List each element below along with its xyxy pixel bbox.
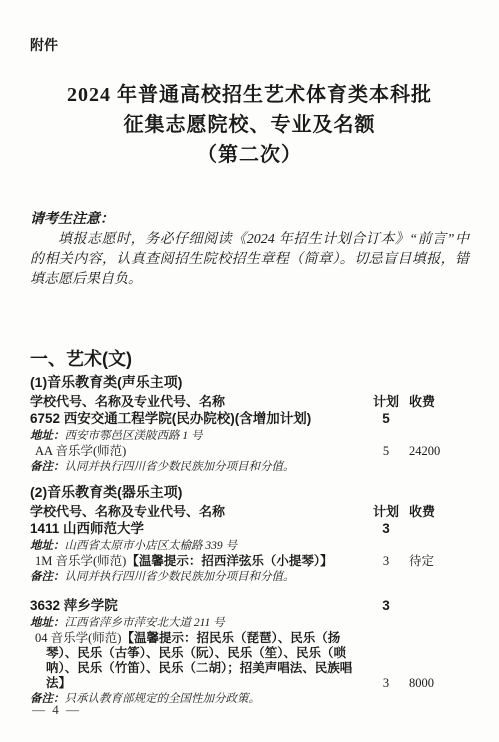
major-fee: 待定: [409, 554, 469, 569]
column-name-header: 学校代号、名称及专业代号、名称: [30, 503, 363, 520]
section-heading: 一、艺术(文): [30, 347, 469, 371]
notice-heading: 请考生注意：: [30, 210, 469, 230]
table-header-row: 学校代号、名称及专业代号、名称 计划 收费: [30, 503, 469, 520]
notice-body: 填报志愿时，务必仔细阅读《2024 年招生计划合订本》“前言”中的相关内容，认真…: [30, 230, 469, 290]
subsection-vocal: (1)音乐教育类(声乐主项) 学校代号、名称及专业代号、名称 计划 收费 675…: [30, 373, 469, 475]
subsection-heading: (2)音乐教育类(器乐主项): [30, 483, 469, 501]
title-line-1: 2024 年普通高校招生艺术体育类本科批: [30, 80, 469, 110]
major-row: AA 音乐学(师范) 5 24200: [30, 444, 469, 459]
note-text: 认同并执行四川省少数民族加分项目和分值。: [65, 571, 295, 583]
column-plan-header: 计划: [363, 393, 409, 410]
address-label: 地址：: [30, 430, 65, 442]
title-line-3: （第二次）: [30, 140, 469, 170]
address-label: 地址：: [30, 540, 65, 552]
major-fee: 8000: [409, 676, 469, 691]
major-tip: 【温馨提示：招西洋弦乐（小提琴）】: [126, 554, 332, 568]
attachment-label: 附件: [30, 36, 469, 54]
note-text: 只承认教育部规定的全国性加分政策。: [65, 693, 261, 705]
major-name: 04 音乐学(师范)【温馨提示：招民乐（琵琶）、民乐（扬琴）、民乐（古筝）、民乐…: [35, 631, 363, 691]
address-line: 地址：西安市鄠邑区渼陂西路 1 号: [30, 428, 469, 444]
school-name: 3632 萍乡学院: [30, 597, 363, 615]
note-text: 认同并执行四川省少数民族加分项目和分值。: [65, 461, 295, 473]
major-text: 1M 音乐学(师范): [35, 554, 126, 568]
major-plan: 5: [363, 444, 409, 459]
school-name: 1411 山西师范大学: [30, 520, 363, 538]
document-title: 2024 年普通高校招生艺术体育类本科批 征集志愿院校、专业及名额 （第二次）: [30, 80, 469, 170]
school-block: 6752 西安交通工程学院(民办院校)(含增加计划) 5 地址：西安市鄠邑区渼陂…: [30, 410, 469, 475]
note-label: 备注：: [30, 571, 65, 583]
school-plan: 3: [363, 520, 409, 538]
column-name-header: 学校代号、名称及专业代号、名称: [30, 393, 363, 410]
school-name: 6752 西安交通工程学院(民办院校)(含增加计划): [30, 410, 363, 428]
note-line: 备注：认同并执行四川省少数民族加分项目和分值。: [30, 569, 469, 585]
school-row: 3632 萍乡学院 3: [30, 597, 469, 615]
address-text: 江西省萍乡市萍安北大道 211 号: [65, 617, 225, 629]
address-line: 地址：江西省萍乡市萍安北大道 211 号: [30, 615, 469, 631]
subsection-instrumental: (2)音乐教育类(器乐主项) 学校代号、名称及专业代号、名称 计划 收费 141…: [30, 483, 469, 707]
note-label: 备注：: [30, 461, 65, 473]
school-block: 3632 萍乡学院 3 地址：江西省萍乡市萍安北大道 211 号 04 音乐学(…: [30, 597, 469, 707]
notice: 请考生注意： 填报志愿时，务必仔细阅读《2024 年招生计划合订本》“前言”中的…: [30, 210, 469, 290]
major-plan: 3: [363, 554, 409, 569]
major-name: AA 音乐学(师范): [35, 444, 363, 459]
school-row: 1411 山西师范大学 3: [30, 520, 469, 538]
note-line: 备注：只承认教育部规定的全国性加分政策。: [30, 691, 469, 707]
title-line-2: 征集志愿院校、专业及名额: [30, 110, 469, 140]
address-text: 西安市鄠邑区渼陂西路 1 号: [65, 430, 203, 442]
school-block: 1411 山西师范大学 3 地址：山西省太原市小店区太榆路 339 号 1M 音…: [30, 520, 469, 585]
document-page: 附件 2024 年普通高校招生艺术体育类本科批 征集志愿院校、专业及名额 （第二…: [0, 0, 499, 742]
major-row: 04 音乐学(师范)【温馨提示：招民乐（琵琶）、民乐（扬琴）、民乐（古筝）、民乐…: [30, 631, 469, 691]
major-text: 04 音乐学(师范): [35, 631, 121, 645]
major-row: 1M 音乐学(师范)【温馨提示：招西洋弦乐（小提琴）】 3 待定: [30, 554, 469, 569]
school-plan: 5: [363, 410, 409, 428]
column-plan-header: 计划: [363, 503, 409, 520]
address-line: 地址：山西省太原市小店区太榆路 339 号: [30, 538, 469, 554]
note-line: 备注：认同并执行四川省少数民族加分项目和分值。: [30, 459, 469, 475]
major-text: AA 音乐学(师范): [35, 444, 126, 458]
address-label: 地址：: [30, 617, 65, 629]
major-name: 1M 音乐学(师范)【温馨提示：招西洋弦乐（小提琴）】: [35, 554, 363, 569]
table-header-row: 学校代号、名称及专业代号、名称 计划 收费: [30, 393, 469, 410]
page-number: — 4 —: [32, 702, 81, 718]
address-text: 山西省太原市小店区太榆路 339 号: [65, 540, 238, 552]
major-fee: 24200: [409, 444, 469, 459]
major-plan: 3: [363, 676, 409, 691]
column-fee-header: 收费: [409, 503, 469, 520]
school-plan: 3: [363, 597, 409, 615]
school-row: 6752 西安交通工程学院(民办院校)(含增加计划) 5: [30, 410, 469, 428]
subsection-heading: (1)音乐教育类(声乐主项): [30, 373, 469, 391]
column-fee-header: 收费: [409, 393, 469, 410]
